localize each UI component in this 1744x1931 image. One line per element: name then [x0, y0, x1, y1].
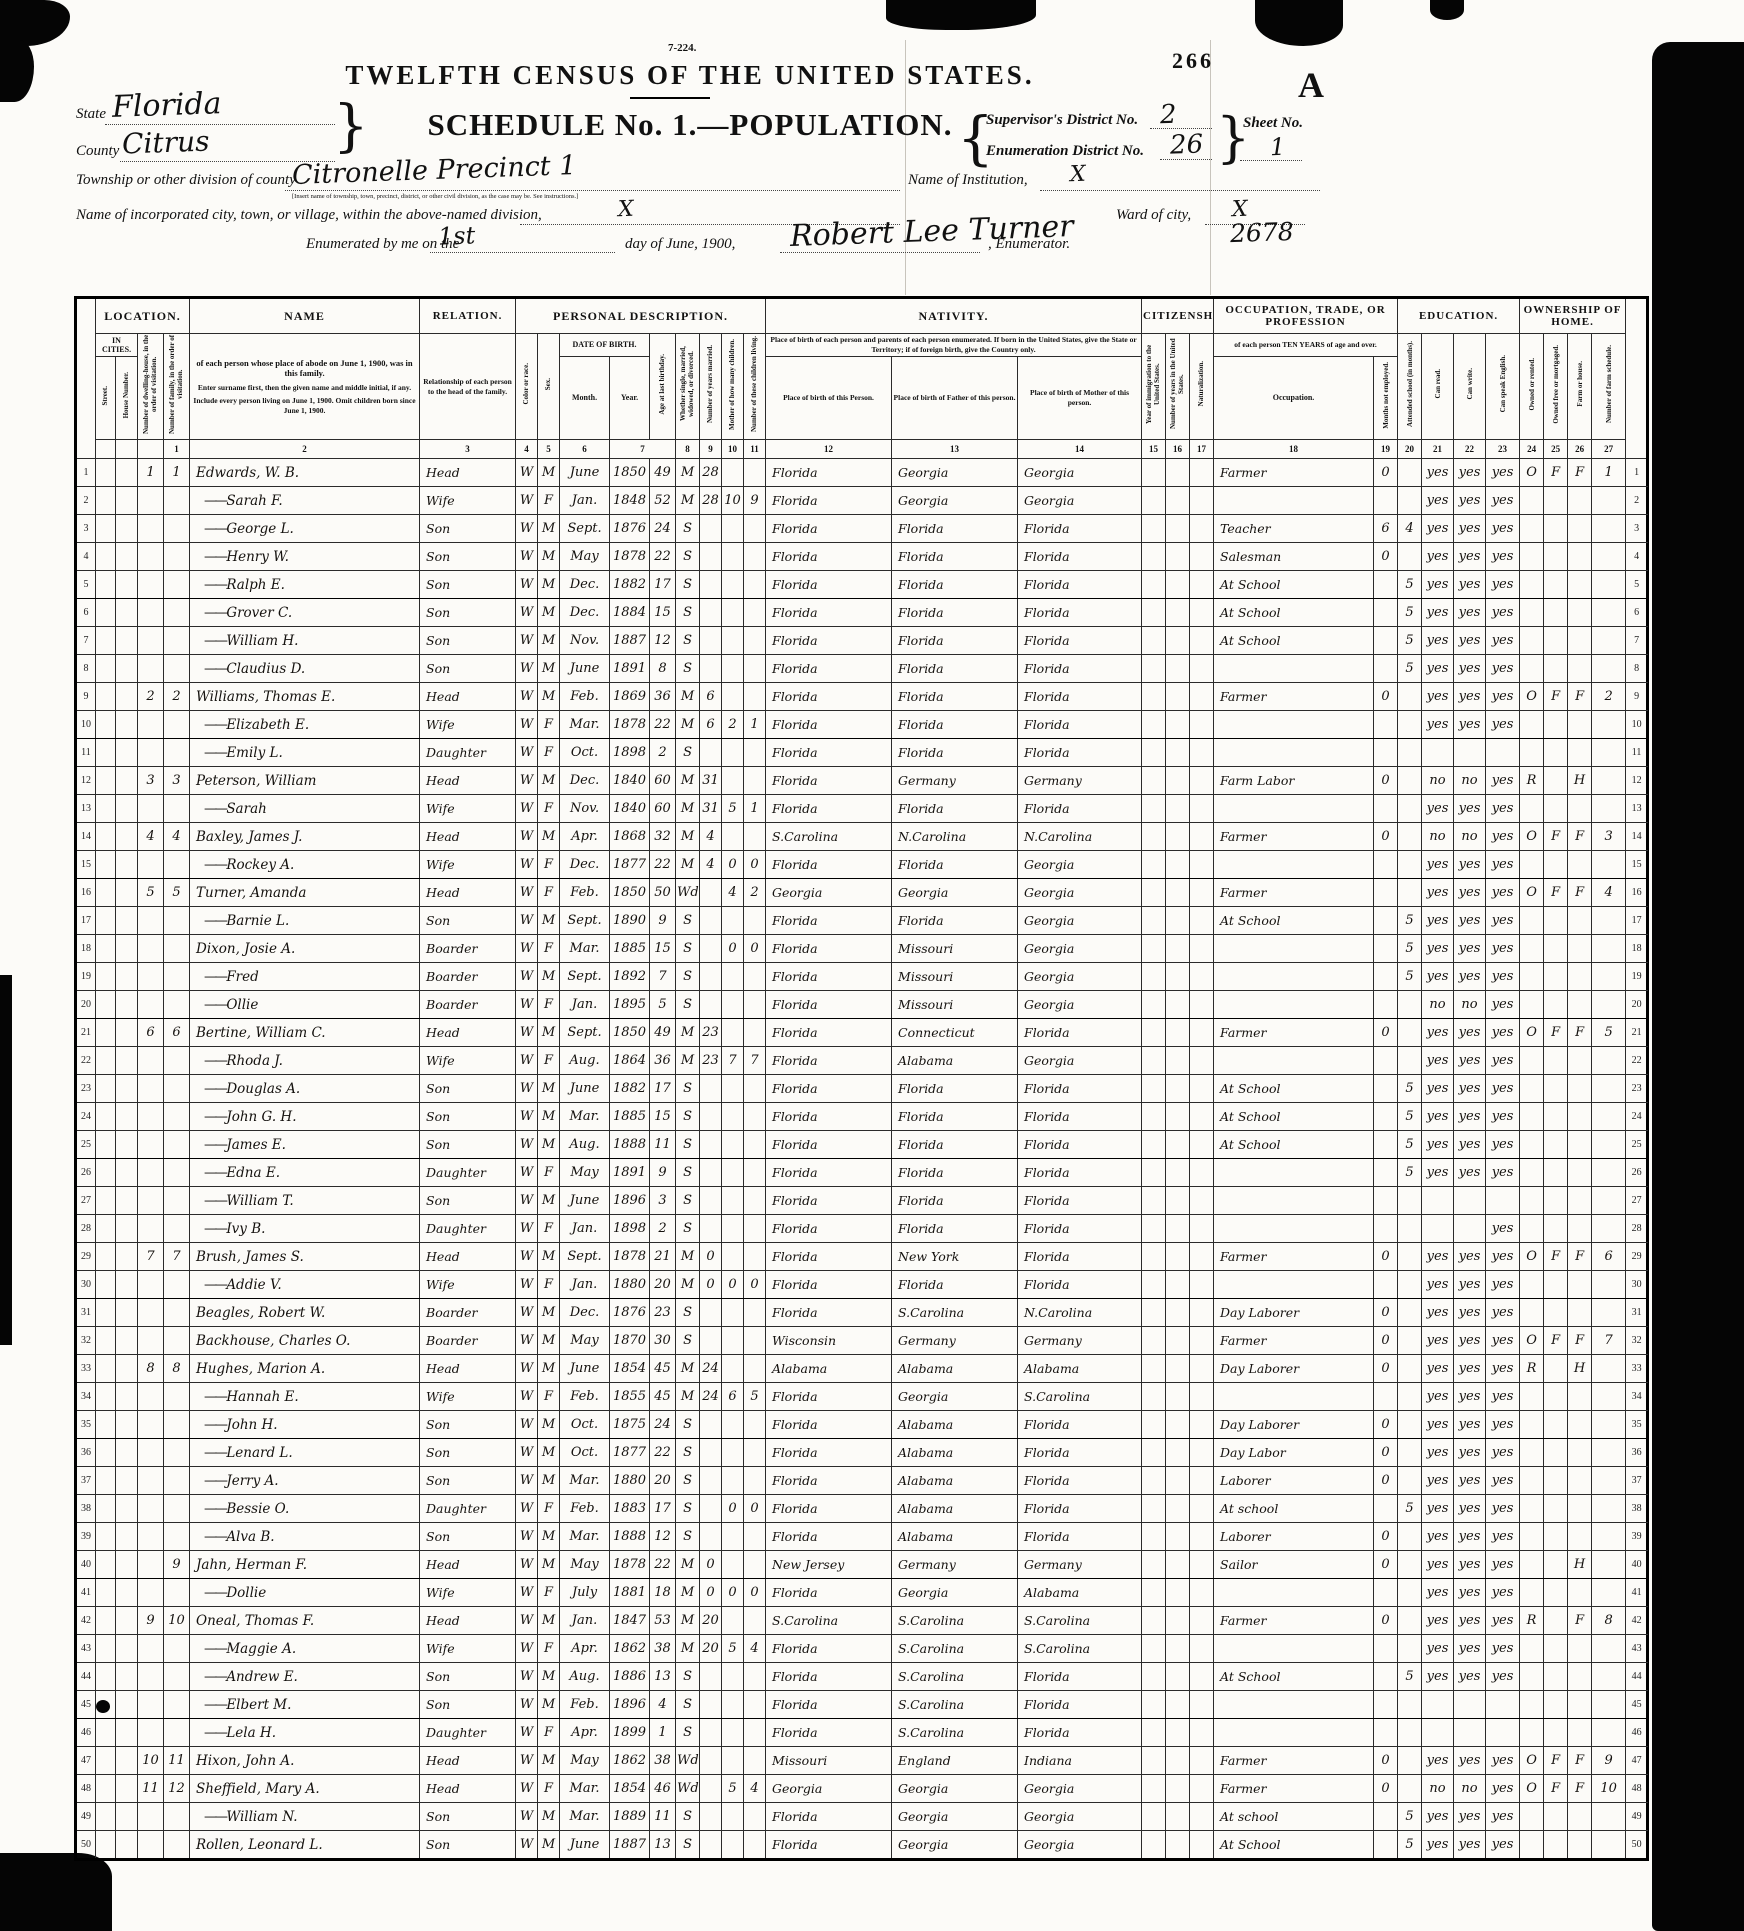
cell-mu [1374, 1719, 1398, 1747]
group-citizenship: CITIZENSHIP. [1142, 298, 1214, 334]
cell-pob: Florida [766, 935, 892, 963]
enumerated-suffix: , Enumerator. [988, 236, 1070, 253]
page-title: TWELFTH CENSUS OF THE UNITED STATES. [300, 60, 1080, 91]
cell-yus [1166, 1243, 1190, 1271]
cell-sch: 5 [1398, 599, 1422, 627]
row-number: 25 [76, 1131, 96, 1159]
sheet-line [1240, 160, 1302, 161]
cell-pbf: S.Carolina [892, 1663, 1018, 1691]
cell-sch [1398, 851, 1422, 879]
cell-ym [700, 1775, 722, 1803]
cell-house [116, 627, 138, 655]
header-owned-free-or-mortgaged: Owned free or mortgaged. [1544, 334, 1568, 440]
cell-im [1142, 879, 1166, 907]
cell-pbm: Florida [1018, 1131, 1142, 1159]
cell-cl [744, 991, 766, 1019]
cell-name: Emily L. [190, 739, 420, 767]
cell-mu [1374, 1635, 1398, 1663]
cell-age: 15 [650, 935, 676, 963]
cell-sex: F [538, 1635, 560, 1663]
cell-wr [1454, 739, 1486, 767]
cell-year: 1882 [610, 571, 650, 599]
cell-mar: S [676, 1187, 700, 1215]
cell-mar: S [676, 599, 700, 627]
cell-sex: M [538, 515, 560, 543]
cell-house [116, 1355, 138, 1383]
cell-mu [1374, 1691, 1398, 1719]
cell-own: O [1520, 1327, 1544, 1355]
cell-pbf: Florida [892, 599, 1018, 627]
cell-street [96, 515, 116, 543]
cell-en: yes [1486, 1551, 1520, 1579]
cell-fs [1592, 1215, 1626, 1243]
cell-pob: Florida [766, 1243, 892, 1271]
row-number: 22 [1626, 1047, 1648, 1075]
cell-street [96, 907, 116, 935]
cell-yus [1166, 459, 1190, 487]
cell-pbf: Florida [892, 1103, 1018, 1131]
cell-month: Aug. [560, 1131, 610, 1159]
cell-rd: yes [1422, 1635, 1454, 1663]
cell-age: 21 [650, 1243, 676, 1271]
cell-im [1142, 1047, 1166, 1075]
cell-mc [722, 1719, 744, 1747]
cell-en: yes [1486, 1775, 1520, 1803]
cell-mar: S [676, 1159, 700, 1187]
cell-d [138, 1215, 164, 1243]
cell-color: W [516, 1271, 538, 1299]
cell-rd: yes [1422, 1495, 1454, 1523]
table-row: 2166Bertine, William C.HeadWMSept.185049… [76, 1019, 1648, 1047]
cell-en: yes [1486, 795, 1520, 823]
cell-age: 60 [650, 767, 676, 795]
cell-pbf: Florida [892, 711, 1018, 739]
cell-ym: 4 [700, 823, 722, 851]
cell-mar: M [676, 1355, 700, 1383]
column-number [116, 440, 138, 459]
state-value: Florida [111, 86, 222, 125]
cell-fh [1568, 1047, 1592, 1075]
cell-sch [1398, 1635, 1422, 1663]
row-number: 48 [76, 1775, 96, 1803]
table-row: 4Henry W.SonWMMay187822SFloridaFloridaFl… [76, 543, 1648, 571]
cell-cl [744, 1523, 766, 1551]
row-number: 10 [76, 711, 96, 739]
cell-pob: Florida [766, 627, 892, 655]
column-number: 19 [1374, 440, 1398, 459]
cell-ym [700, 599, 722, 627]
cell-pbm: Alabama [1018, 1579, 1142, 1607]
row-number: 24 [76, 1103, 96, 1131]
cell-sch: 5 [1398, 1159, 1422, 1187]
cell-occ: At School [1214, 1831, 1374, 1860]
cell-name: Barnie L. [190, 907, 420, 935]
cell-rel: Wife [420, 795, 516, 823]
cell-pob: Florida [766, 571, 892, 599]
cell-sex: F [538, 1579, 560, 1607]
cell-fre [1544, 1355, 1568, 1383]
table-row: 6Grover C.SonWMDec.188415SFloridaFlorida… [76, 599, 1648, 627]
group-location: LOCATION. [96, 298, 190, 334]
cell-ym [700, 991, 722, 1019]
cell-occ: Farmer [1214, 1747, 1374, 1775]
row-number: 39 [76, 1523, 96, 1551]
column-number: 22 [1454, 440, 1486, 459]
header-attended-school: Attended school (in months). [1398, 334, 1422, 440]
cell-sex: M [538, 655, 560, 683]
row-number: 30 [76, 1271, 96, 1299]
cell-rd: no [1422, 1775, 1454, 1803]
cell-fs [1592, 739, 1626, 767]
cell-nat [1190, 823, 1214, 851]
cell-year: 1898 [610, 1215, 650, 1243]
cell-pob: Florida [766, 1159, 892, 1187]
cell-fs [1592, 1663, 1626, 1691]
cell-name: John G. H. [190, 1103, 420, 1131]
cell-wr: yes [1454, 1635, 1486, 1663]
cell-sex: M [538, 1327, 560, 1355]
cell-street [96, 823, 116, 851]
cell-color: W [516, 1607, 538, 1635]
cell-rel: Son [420, 1803, 516, 1831]
cell-nat [1190, 1187, 1214, 1215]
cell-cl [744, 1719, 766, 1747]
row-number: 8 [1626, 655, 1648, 683]
cell-fre [1544, 599, 1568, 627]
cell-d: 9 [138, 1607, 164, 1635]
cell-fh [1568, 1803, 1592, 1831]
cell-occ [1214, 739, 1374, 767]
cell-age: 60 [650, 795, 676, 823]
cell-ym: 31 [700, 767, 722, 795]
cell-year: 1880 [610, 1467, 650, 1495]
header-nativity-description: Place of birth of each person and parent… [766, 334, 1142, 357]
row-number: 19 [1626, 963, 1648, 991]
row-number: 17 [76, 907, 96, 935]
cell-nat [1190, 795, 1214, 823]
cell-mu: 0 [1374, 1607, 1398, 1635]
cell-rd: yes [1422, 711, 1454, 739]
cell-pbf: New York [892, 1243, 1018, 1271]
cell-cl: 2 [744, 879, 766, 907]
column-number: 18 [1214, 440, 1374, 459]
cell-wr: yes [1454, 1243, 1486, 1271]
cell-fs [1592, 1355, 1626, 1383]
cell-month: Feb. [560, 879, 610, 907]
cell-pob: Florida [766, 683, 892, 711]
cell-pbm: Florida [1018, 599, 1142, 627]
cell-d [138, 935, 164, 963]
cell-rel: Head [420, 823, 516, 851]
cell-sex: F [538, 711, 560, 739]
cell-street [96, 739, 116, 767]
cell-rel: Son [420, 1187, 516, 1215]
cell-house [116, 1103, 138, 1131]
cell-mar: S [676, 1691, 700, 1719]
cell-im [1142, 739, 1166, 767]
cell-sex: F [538, 935, 560, 963]
cell-name: William T. [190, 1187, 420, 1215]
cell-im [1142, 627, 1166, 655]
cell-rd: yes [1422, 1131, 1454, 1159]
cell-yus [1166, 683, 1190, 711]
column-number: 26 [1568, 440, 1592, 459]
cell-name: Elizabeth E. [190, 711, 420, 739]
cell-age: 17 [650, 1075, 676, 1103]
cell-street [96, 1691, 116, 1719]
cell-sch [1398, 1187, 1422, 1215]
cell-sex: M [538, 459, 560, 487]
cell-f [164, 991, 190, 1019]
cell-sex: F [538, 795, 560, 823]
cell-fre [1544, 655, 1568, 683]
cell-pbf: Florida [892, 1131, 1018, 1159]
cell-sex: F [538, 1047, 560, 1075]
state-line [105, 124, 335, 125]
cell-mar: S [676, 1131, 700, 1159]
cell-nat [1190, 1523, 1214, 1551]
cell-mc [722, 1327, 744, 1355]
header-naturalization: Naturalization. [1190, 334, 1214, 440]
cell-f [164, 1187, 190, 1215]
cell-yus [1166, 795, 1190, 823]
cell-pbm: Florida [1018, 543, 1142, 571]
row-number: 2 [76, 487, 96, 515]
cell-mar: S [676, 991, 700, 1019]
cell-street [96, 1131, 116, 1159]
cell-f: 4 [164, 823, 190, 851]
cell-house [116, 1439, 138, 1467]
cell-mc: 4 [722, 879, 744, 907]
group-education: EDUCATION. [1398, 298, 1520, 334]
cell-fs: 6 [1592, 1243, 1626, 1271]
cell-cl [744, 1243, 766, 1271]
cell-street [96, 1523, 116, 1551]
cell-sch: 5 [1398, 1131, 1422, 1159]
cell-fh [1568, 1579, 1592, 1607]
cell-cl: 5 [744, 1383, 766, 1411]
cell-cl [744, 1327, 766, 1355]
cell-cl: 0 [744, 935, 766, 963]
cell-mar: S [676, 739, 700, 767]
cell-yus [1166, 1103, 1190, 1131]
cell-pob: Florida [766, 459, 892, 487]
cell-fre [1544, 1803, 1568, 1831]
cell-rel: Son [420, 1439, 516, 1467]
cell-pbf: Alabama [892, 1523, 1018, 1551]
cell-fre [1544, 991, 1568, 1019]
cell-wr [1454, 1187, 1486, 1215]
row-number: 29 [1626, 1243, 1648, 1271]
cell-rd: yes [1422, 1383, 1454, 1411]
cell-house [116, 1159, 138, 1187]
cell-own: O [1520, 1775, 1544, 1803]
cell-cl [744, 683, 766, 711]
row-number: 17 [1626, 907, 1648, 935]
cell-rd: yes [1422, 1047, 1454, 1075]
cell-d [138, 739, 164, 767]
cell-fh: F [1568, 683, 1592, 711]
cell-year: 1847 [610, 1607, 650, 1635]
cell-occ [1214, 1579, 1374, 1607]
cell-im [1142, 1411, 1166, 1439]
cell-month: Sept. [560, 907, 610, 935]
cell-sch [1398, 1215, 1422, 1243]
cell-own: O [1520, 879, 1544, 907]
cell-pob: Florida [766, 1579, 892, 1607]
cell-mar: M [676, 1271, 700, 1299]
cell-mc [722, 991, 744, 1019]
cell-cl [744, 599, 766, 627]
cell-house [116, 1495, 138, 1523]
cell-pbm: Florida [1018, 1103, 1142, 1131]
table-row: 7William H.SonWMNov.188712SFloridaFlorid… [76, 627, 1648, 655]
cell-name: Douglas A. [190, 1075, 420, 1103]
cell-en: yes [1486, 1439, 1520, 1467]
cell-rd: yes [1422, 543, 1454, 571]
cell-en: yes [1486, 1019, 1520, 1047]
cell-fre [1544, 963, 1568, 991]
cell-pob: Florida [766, 543, 892, 571]
cell-f [164, 1691, 190, 1719]
cell-pbm: Georgia [1018, 991, 1142, 1019]
table-row: 45Elbert M.SonWMFeb.18964SFloridaS.Carol… [76, 1691, 1648, 1719]
cell-ym: 6 [700, 683, 722, 711]
cell-mc [722, 1075, 744, 1103]
cell-mu [1374, 1803, 1398, 1831]
cell-en: yes [1486, 1243, 1520, 1271]
row-number: 40 [1626, 1551, 1648, 1579]
cell-fre: F [1544, 879, 1568, 907]
cell-street [96, 1663, 116, 1691]
cell-year: 1895 [610, 991, 650, 1019]
rownum-header-left [76, 298, 96, 459]
cell-en: yes [1486, 1607, 1520, 1635]
cell-rel: Head [420, 1747, 516, 1775]
cell-age: 30 [650, 1327, 676, 1355]
cell-rd: yes [1422, 1579, 1454, 1607]
row-number: 37 [76, 1467, 96, 1495]
cell-mc [722, 1551, 744, 1579]
cell-occ: At School [1214, 1075, 1374, 1103]
cell-year: 1878 [610, 1243, 650, 1271]
cell-name: Addie V. [190, 1271, 420, 1299]
cell-month: June [560, 459, 610, 487]
cell-year: 1889 [610, 1803, 650, 1831]
cell-street [96, 1327, 116, 1355]
cell-mu: 0 [1374, 1523, 1398, 1551]
cell-house [116, 1607, 138, 1635]
cell-mar: S [676, 1831, 700, 1860]
cell-yus [1166, 823, 1190, 851]
cell-im [1142, 487, 1166, 515]
row-number: 13 [76, 795, 96, 823]
cell-im [1142, 1775, 1166, 1803]
cell-yus [1166, 767, 1190, 795]
cell-d [138, 1523, 164, 1551]
row-number: 39 [1626, 1523, 1648, 1551]
cell-occ: Farmer [1214, 1607, 1374, 1635]
cell-im [1142, 1131, 1166, 1159]
cell-fh: F [1568, 1019, 1592, 1047]
cell-mc [722, 599, 744, 627]
cell-mu [1374, 1495, 1398, 1523]
cell-pob: Florida [766, 1019, 892, 1047]
cell-wr: yes [1454, 1159, 1486, 1187]
cell-occ [1214, 1187, 1374, 1215]
cell-pbm: Florida [1018, 1215, 1142, 1243]
cell-street [96, 1243, 116, 1271]
row-number: 1 [1626, 459, 1648, 487]
cell-pbf: Alabama [892, 1411, 1018, 1439]
row-number: 44 [1626, 1663, 1648, 1691]
row-number: 13 [1626, 795, 1648, 823]
cell-wr: yes [1454, 571, 1486, 599]
cell-fre: F [1544, 823, 1568, 851]
cell-rel: Son [420, 1075, 516, 1103]
column-number: 13 [892, 440, 1018, 459]
cell-street [96, 1355, 116, 1383]
cell-ym [700, 1691, 722, 1719]
cell-wr: yes [1454, 1439, 1486, 1467]
cell-house [116, 1215, 138, 1243]
cell-im [1142, 1719, 1166, 1747]
cell-pob: Florida [766, 1523, 892, 1551]
row-number: 26 [1626, 1159, 1648, 1187]
cell-cl: 9 [744, 487, 766, 515]
cell-f [164, 1299, 190, 1327]
cell-color: W [516, 1523, 538, 1551]
cell-nat [1190, 683, 1214, 711]
cell-fh [1568, 711, 1592, 739]
row-number: 9 [76, 683, 96, 711]
table-row: 18Dixon, Josie A.BoarderWFMar.188515S00F… [76, 935, 1648, 963]
cell-fh [1568, 1635, 1592, 1663]
cell-street [96, 1215, 116, 1243]
cell-rel: Head [420, 1607, 516, 1635]
cell-pbf: Florida [892, 1075, 1018, 1103]
cell-rd: yes [1422, 1747, 1454, 1775]
cell-wr: yes [1454, 459, 1486, 487]
cell-month: May [560, 1159, 610, 1187]
cell-name: Rollen, Leonard L. [190, 1831, 420, 1860]
cell-cl [744, 1551, 766, 1579]
cell-own [1520, 1131, 1544, 1159]
cell-nat [1190, 935, 1214, 963]
cell-en: yes [1486, 599, 1520, 627]
cell-ym: 28 [700, 487, 722, 515]
cell-pbm: Germany [1018, 1327, 1142, 1355]
cell-fs [1592, 1551, 1626, 1579]
cell-age: 17 [650, 1495, 676, 1523]
cell-f [164, 1327, 190, 1355]
cell-ym [700, 935, 722, 963]
cell-ym [700, 1075, 722, 1103]
cell-f [164, 1495, 190, 1523]
cell-name: Ivy B. [190, 1215, 420, 1243]
cell-cl [744, 1019, 766, 1047]
cell-year: 1864 [610, 1047, 650, 1075]
cell-street [96, 655, 116, 683]
cell-f [164, 1159, 190, 1187]
cell-ym [700, 1467, 722, 1495]
cell-f [164, 851, 190, 879]
cell-rel: Head [420, 1355, 516, 1383]
cell-pob: Florida [766, 991, 892, 1019]
cell-own [1520, 739, 1544, 767]
cell-age: 38 [650, 1635, 676, 1663]
cell-year: 1886 [610, 1663, 650, 1691]
